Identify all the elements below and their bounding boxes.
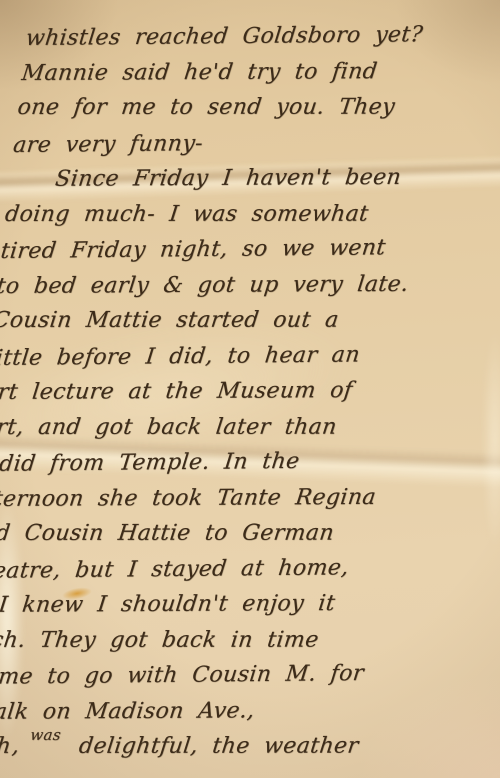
letter-line: Art, and got back later than [0, 409, 452, 445]
letter-line: Theatre, but I stayed at home, [0, 549, 436, 589]
letter-line: are very funny- [11, 123, 486, 163]
letter-line: art lecture at the Museum of [0, 373, 457, 411]
final-line-post: delightful, the weather [78, 734, 360, 759]
scanned-letter-page: whistles reached Goldsboro yet? Mannie s… [0, 0, 500, 778]
letter-line: Cousin Mattie started out a [0, 303, 465, 339]
letter-line: one for me to send you. They [16, 90, 490, 126]
letter-line: much. They got back in time [0, 622, 427, 658]
letter-line: Since Friday I haven't been [7, 160, 481, 198]
letter-line: I did from Temple. In the [0, 443, 448, 483]
letter-line: whistles reached Goldsboro yet? [24, 17, 499, 57]
inserted-word-above-line: was [28, 718, 63, 754]
letter-line: a walk on Madison Ave., [0, 692, 419, 730]
letter-line: little before I did, to hear an [0, 336, 461, 376]
letter-line: for me to go with Cousin M. for [0, 656, 423, 696]
letter-line-with-insertion: which, was delightful, the weather [0, 729, 415, 765]
letter-line: tired Friday night, so we went [0, 230, 473, 270]
letter-line: as I knew I shouldn't enjoy it [0, 586, 432, 624]
letter-line: and Cousin Hattie to German [0, 516, 440, 552]
letter-line: doing much- I was somewhat [3, 196, 477, 232]
letter-line: Mannie said he'd try to find [20, 53, 494, 91]
paper-highlight [482, 330, 500, 550]
letter-line: afternoon she took Tante Regina [0, 479, 444, 517]
letter-body: whistles reached Goldsboro yet? Mannie s… [0, 18, 498, 766]
letter-line: to bed early & got up very late. [0, 266, 469, 304]
